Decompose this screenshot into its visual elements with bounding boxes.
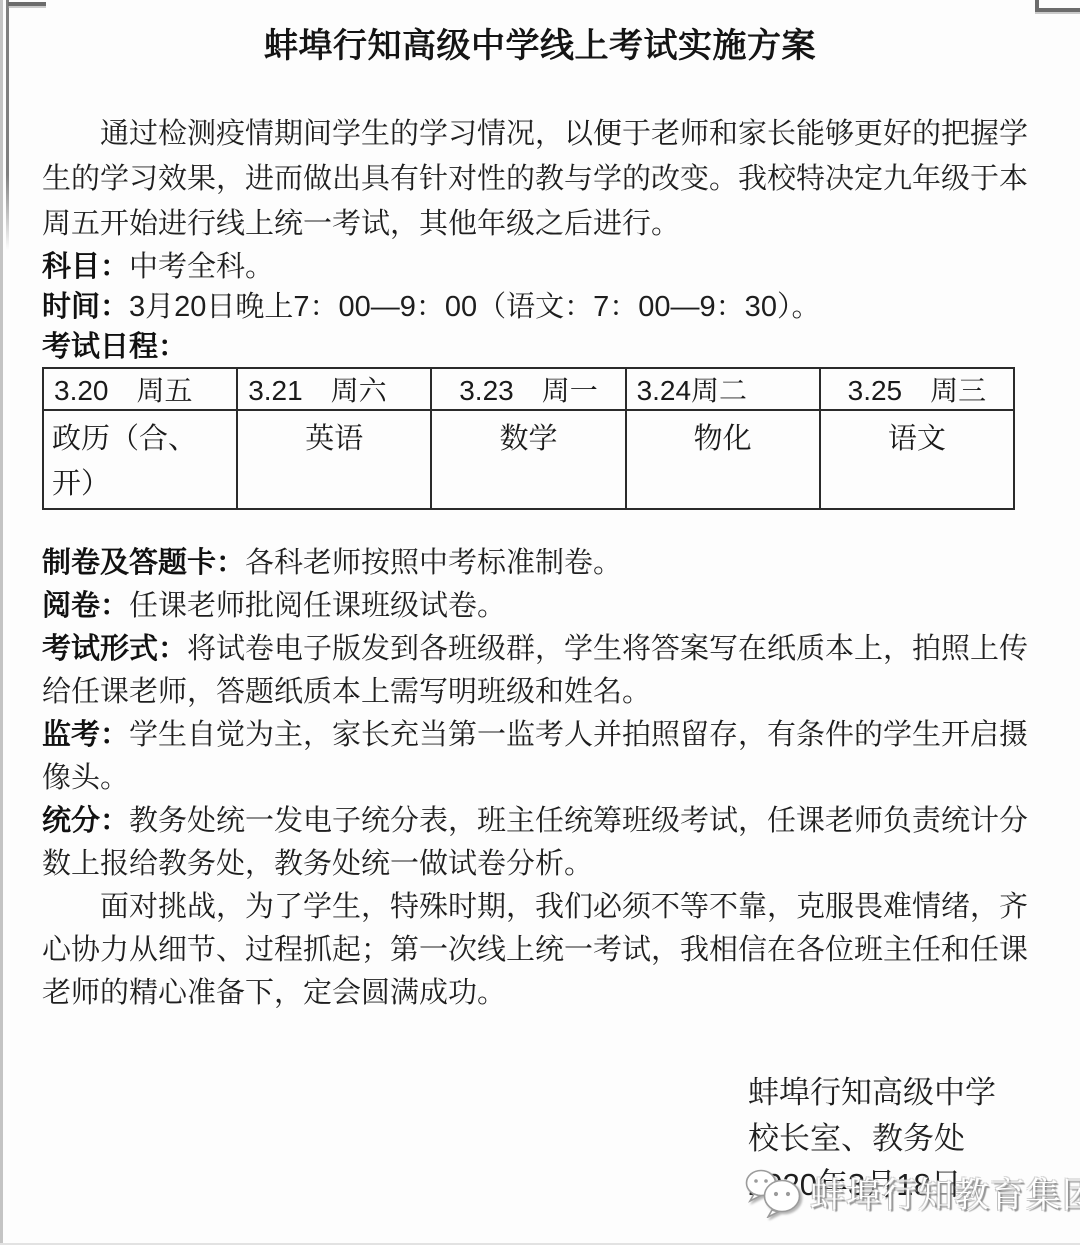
schedule-date-cell: 3.24周二	[626, 368, 820, 410]
section-label: 制卷及答题卡：	[42, 547, 245, 579]
meta-line-subjects: 科目：中考全科。	[42, 247, 1038, 287]
section-score-aggregation: 统分：教务处统一发电子统分表，班主任统筹班级考试，任课老师负责统计分数上报给教务…	[42, 800, 1038, 886]
section-label: 考试形式：	[42, 633, 187, 665]
schedule-date-cell: 3.23 周一	[431, 368, 625, 410]
schedule-subject-cell: 数学	[431, 410, 625, 509]
schedule-date-cell: 3.20 周五	[43, 368, 237, 410]
wechat-logo-icon	[744, 1168, 806, 1218]
section-paper-making: 制卷及答题卡：各科老师按照中考标准制卷。	[42, 542, 1038, 585]
meta-text-subjects: 中考全科。	[129, 251, 274, 283]
rules-sections: 制卷及答题卡：各科老师按照中考标准制卷。 阅卷：任课老师批阅任课班级试卷。 考试…	[42, 542, 1038, 886]
section-grading: 阅卷：任课老师批阅任课班级试卷。	[42, 585, 1038, 628]
section-label: 阅卷：	[42, 590, 129, 622]
meta-line-time: 时间：3月20日晚上7：00—9：00（语文：7：00—9：30）。	[42, 287, 1038, 327]
schedule-subject-cell: 物化	[626, 410, 820, 509]
schedule-date-row: 3.20 周五 3.21 周六 3.23 周一 3.24周二 3.25 周三	[43, 368, 1014, 410]
schedule-date-cell: 3.25 周三	[820, 368, 1014, 410]
meta-label-time: 时间：	[42, 291, 129, 323]
document-body: 通过检测疫情期间学生的学习情况，以便于老师和家长能够更好的把握学生的学习效果，进…	[42, 112, 1038, 1015]
page-title: 蚌埠行知高级中学线上考试实施方案	[0, 18, 1080, 67]
schedule-subject-cell: 语文	[820, 410, 1014, 509]
section-text: 任课老师批阅任课班级试卷。	[129, 590, 506, 622]
meta-label-schedule: 考试日程：	[42, 331, 187, 363]
section-proctoring: 监考：学生自觉为主，家长充当第一监考人并拍照留存，有条件的学生开启摄像头。	[42, 714, 1038, 800]
signature-school: 蚌埠行知高级中学	[748, 1070, 996, 1116]
schedule-date-cell: 3.21 周六	[237, 368, 431, 410]
watermark: 蚌埠行知教育集团	[744, 1168, 1080, 1218]
section-label: 统分：	[42, 805, 129, 837]
section-exam-format: 考试形式：将试卷电子版发到各班级群，学生将答案写在纸质本上，拍照上传给任课老师，…	[42, 628, 1038, 714]
section-text: 将试卷电子版发到各班级群，学生将答案写在纸质本上，拍照上传给任课老师，答题纸质本…	[42, 633, 1028, 708]
watermark-text: 蚌埠行知教育集团	[810, 1168, 1080, 1218]
section-label: 监考：	[42, 719, 129, 751]
scan-corner-top-right-tick	[1035, 0, 1039, 12]
schedule-subject-cell: 英语	[237, 410, 431, 509]
closing-paragraph: 面对挑战，为了学生，特殊时期，我们必须不等不靠，克服畏难情绪，齐心协力从细节、过…	[42, 886, 1038, 1015]
section-text: 各科老师按照中考标准制卷。	[245, 547, 622, 579]
meta-line-schedule: 考试日程：	[42, 327, 1038, 367]
scan-corner-top-right	[1035, 8, 1080, 12]
scan-corner-top-left	[8, 2, 46, 6]
scan-edge-left	[0, 0, 3, 1245]
exam-schedule-table: 3.20 周五 3.21 周六 3.23 周一 3.24周二 3.25 周三 政…	[42, 367, 1015, 510]
signature-office: 校长室、教务处	[748, 1116, 996, 1162]
intro-paragraph: 通过检测疫情期间学生的学习情况，以便于老师和家长能够更好的把握学生的学习效果，进…	[42, 112, 1038, 247]
schedule-subject-row: 政历（合、开） 英语 数学 物化 语文	[43, 410, 1014, 509]
schedule-subject-cell: 政历（合、开）	[43, 410, 237, 509]
section-text: 教务处统一发电子统分表，班主任统筹班级考试，任课老师负责统计分数上报给教务处，教…	[42, 805, 1028, 880]
meta-text-time: 3月20日晚上7：00—9：00（语文：7：00—9：30）。	[129, 291, 820, 323]
section-text: 学生自觉为主，家长充当第一监考人并拍照留存，有条件的学生开启摄像头。	[42, 719, 1028, 794]
meta-label-subjects: 科目：	[42, 251, 129, 283]
